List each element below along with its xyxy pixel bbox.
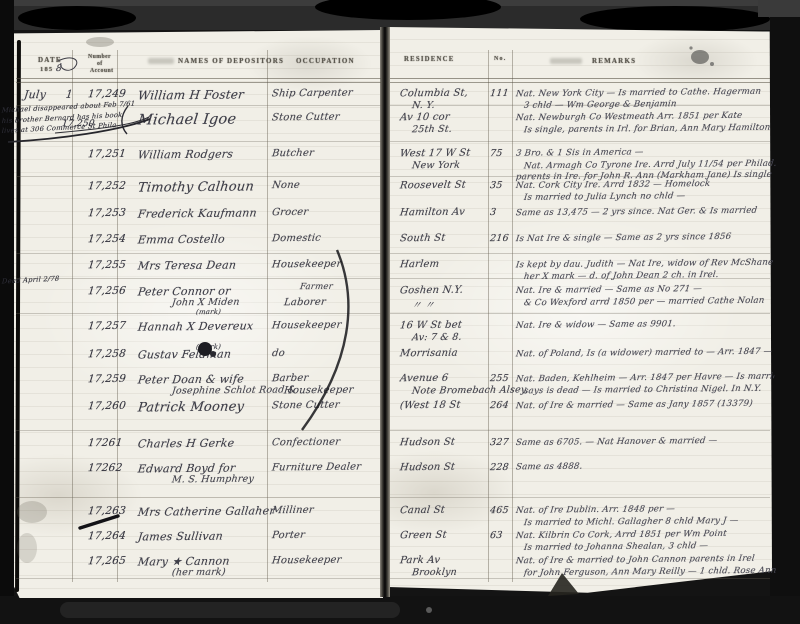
depositor-name-line2: Josephine Schlot Road & [171,384,297,396]
depositor-name-line2: John X Miden [171,297,240,309]
remarks: Nat. Ire & married — Same as No 271 — [515,284,702,296]
occupation: Porter [271,530,305,541]
account-number: 17,258 [87,348,126,360]
remarks-line2: Is single, parents in Irl. for Brian, An… [523,123,771,136]
margin-note: Dead April 2/78 [2,275,60,286]
house-number: 111 [489,88,509,99]
remarks-line2: & Co Wexford arrd 1850 per — married Cat… [523,296,765,309]
house-number: 255 [489,373,509,384]
account-number: 17,254 [87,233,126,245]
residence-line2: 25th St. [411,124,452,135]
account-number: 17261 [87,437,123,449]
occupation: Housekeeper [271,320,342,332]
account-number: 17,251 [87,148,126,160]
remarks: Nat. Ire & widow — Same as 9901. [515,319,676,331]
occupation: do [271,348,285,359]
house-number: 264 [489,400,509,411]
remarks: Same as 4888. [515,462,583,473]
occupation: Stone Cutter [271,112,340,124]
depositor-name: Charles H Gerke [137,436,235,450]
residence: Hamilton Av [399,207,465,219]
remarks: Nat. of Poland, Is (a widower) married t… [515,347,774,360]
account-number: 17,260 [87,400,126,412]
remarks-line2: her X mark — d. of John Dean 2 ch. in Ir… [523,270,719,282]
house-number: 465 [489,505,509,516]
account-number: 17262 [87,462,123,474]
remarks: Nat. of Ire & married to John Cannon par… [515,554,755,566]
depositor-name-line2: (her mark) [171,567,226,579]
remarks-line2: Is married to Julia Lynch no chld — [523,191,685,203]
residence: Park Av [399,555,440,566]
house-number: 327 [489,437,509,448]
account-number: 17,253 [87,207,126,219]
occupation-line2: Laborer [283,297,326,308]
account-number: 17,255 [87,259,126,271]
occupation: Farmer [299,282,333,292]
occupation: Furniture Dealer [271,462,361,474]
residence: 16 W St bet [399,320,462,332]
occupation: Butcher [271,148,314,159]
remarks-line2: Is married to Michl. Gallagher 8 chld Ma… [523,516,739,528]
remarks-line2: Is married to Johanna Shealan, 3 chld — [523,541,708,553]
residence-line2: Note Bromebach Alsey, [411,384,529,396]
account-number: 17,264 [87,530,126,542]
house-number: 75 [489,148,503,159]
residence-line2: Av: 7 & 8. [411,332,462,344]
depositor-name: Timothy Calhoun [137,179,255,195]
residence: Hudson St [399,437,455,449]
account-number: 17,265 [87,555,126,567]
house-number: 35 [489,180,503,191]
remarks: 3 Bro. & 1 Sis in America — [515,147,644,158]
occupation-line2: Housekeeper [283,385,354,397]
entry-date: July 1 [23,88,73,102]
house-number: 216 [489,233,509,244]
residence-line2: N. Y. [411,100,435,111]
scanned-ledger-document: DATE 185 8 Number of Account NAMES OF DE… [0,0,800,624]
residence: Morrisania [399,348,458,360]
house-number: 3 [489,207,496,218]
depositor-mark-note: (mark) [196,308,222,316]
account-number: 17,259 [87,373,126,385]
house-number: 63 [489,530,503,541]
depositor-name: Frederick Kaufmann [137,206,257,220]
house-number: 228 [489,462,509,473]
remarks: Nat. Kilbrin Co Cork, Arrd 1851 per Wm P… [515,529,727,541]
remarks: Nat. Newburgh Co Westmeath Arr. 1851 per… [515,111,743,123]
residence: Columbia St, [399,88,468,100]
occupation: Barber [271,373,309,384]
residence: Canal St [399,505,445,516]
remarks: Is Nat Ire & single — Same as 2 yrs sinc… [515,232,731,244]
remarks: Same as 6705. — Nat Hanover & married — [515,436,718,448]
account-number: 17,256 [87,285,126,297]
residence: Goshen N.Y. [399,285,463,297]
ledger-entries: July 117,249William H FosterShip Carpent… [0,0,800,624]
account-number: 17,252 [87,180,126,192]
occupation: Ship Carpenter [271,88,353,100]
depositor-name-line2: M. S. Humphrey [171,474,254,486]
residence-line2: New York [411,160,460,172]
occupation: Stone Cutter [271,400,340,412]
depositor-name: Gustav Feldman [137,348,232,362]
depositor-name: Patrick Mooney [137,399,245,415]
occupation: Housekeeper [271,259,342,271]
account-number: 17,249 [87,88,126,100]
depositor-name: Mrs Catherine Gallaher [137,504,275,518]
depositor-name: James Sullivan [137,530,223,544]
occupation: Confectioner [271,437,340,449]
residence: South St [399,233,446,244]
residence-line2: 〃 〃 [411,297,435,311]
residence: Green St [399,530,447,541]
remarks: Same as 13,475 — 2 yrs since. Nat Ger. &… [515,206,757,219]
remarks: Nat. New York City — Is married to Cathe… [515,87,761,100]
remarks: Nat. of Ire & married — Same as Jany 185… [515,399,753,411]
remarks: Nat. Cork City Ire. Arrd 1832 — Homelock [515,179,711,191]
remarks-line2: for John Ferguson, Ann Mary Reilly — 1 c… [523,566,777,579]
account-number: 17,263 [87,505,126,517]
occupation: Grocer [271,207,309,218]
residence: (West 18 St [399,400,461,412]
remarks: Nat. Baden, Kehlheim — Arr. 1847 per Hav… [515,372,774,385]
residence: Roosevelt St [399,180,466,192]
residence-line2: Brooklyn [411,567,457,578]
depositor-name: Mrs Teresa Dean [137,258,237,272]
remarks: Nat. of Ire Dublin. Arr. 1848 per — [515,504,675,516]
remarks-line2: says is dead — Is married to Christina N… [523,384,762,396]
depositor-name: Michael Igoe [137,111,237,128]
residence: Av 10 cor [399,112,450,124]
occupation: Milliner [271,505,314,516]
residence: Avenue 6 [399,373,449,385]
occupation: Housekeeper [271,555,342,567]
depositor-name: William H Foster [137,87,245,102]
residence: West 17 W St [399,148,471,160]
depositor-name: Emma Costello [137,233,225,247]
occupation: None [271,180,300,191]
residence: Harlem [399,259,440,270]
remarks-line2: 3 chld — Wm George & Benjamin [523,99,677,111]
residence: Hudson St [399,462,455,474]
occupation: Domestic [271,233,321,245]
account-number: 17,257 [87,320,126,332]
depositor-name: Hannah X Devereux [137,319,254,333]
depositor-name: William Rodgers [137,148,234,162]
remarks: Is kept by dau. Judith — Nat Ire, widow … [515,258,774,271]
